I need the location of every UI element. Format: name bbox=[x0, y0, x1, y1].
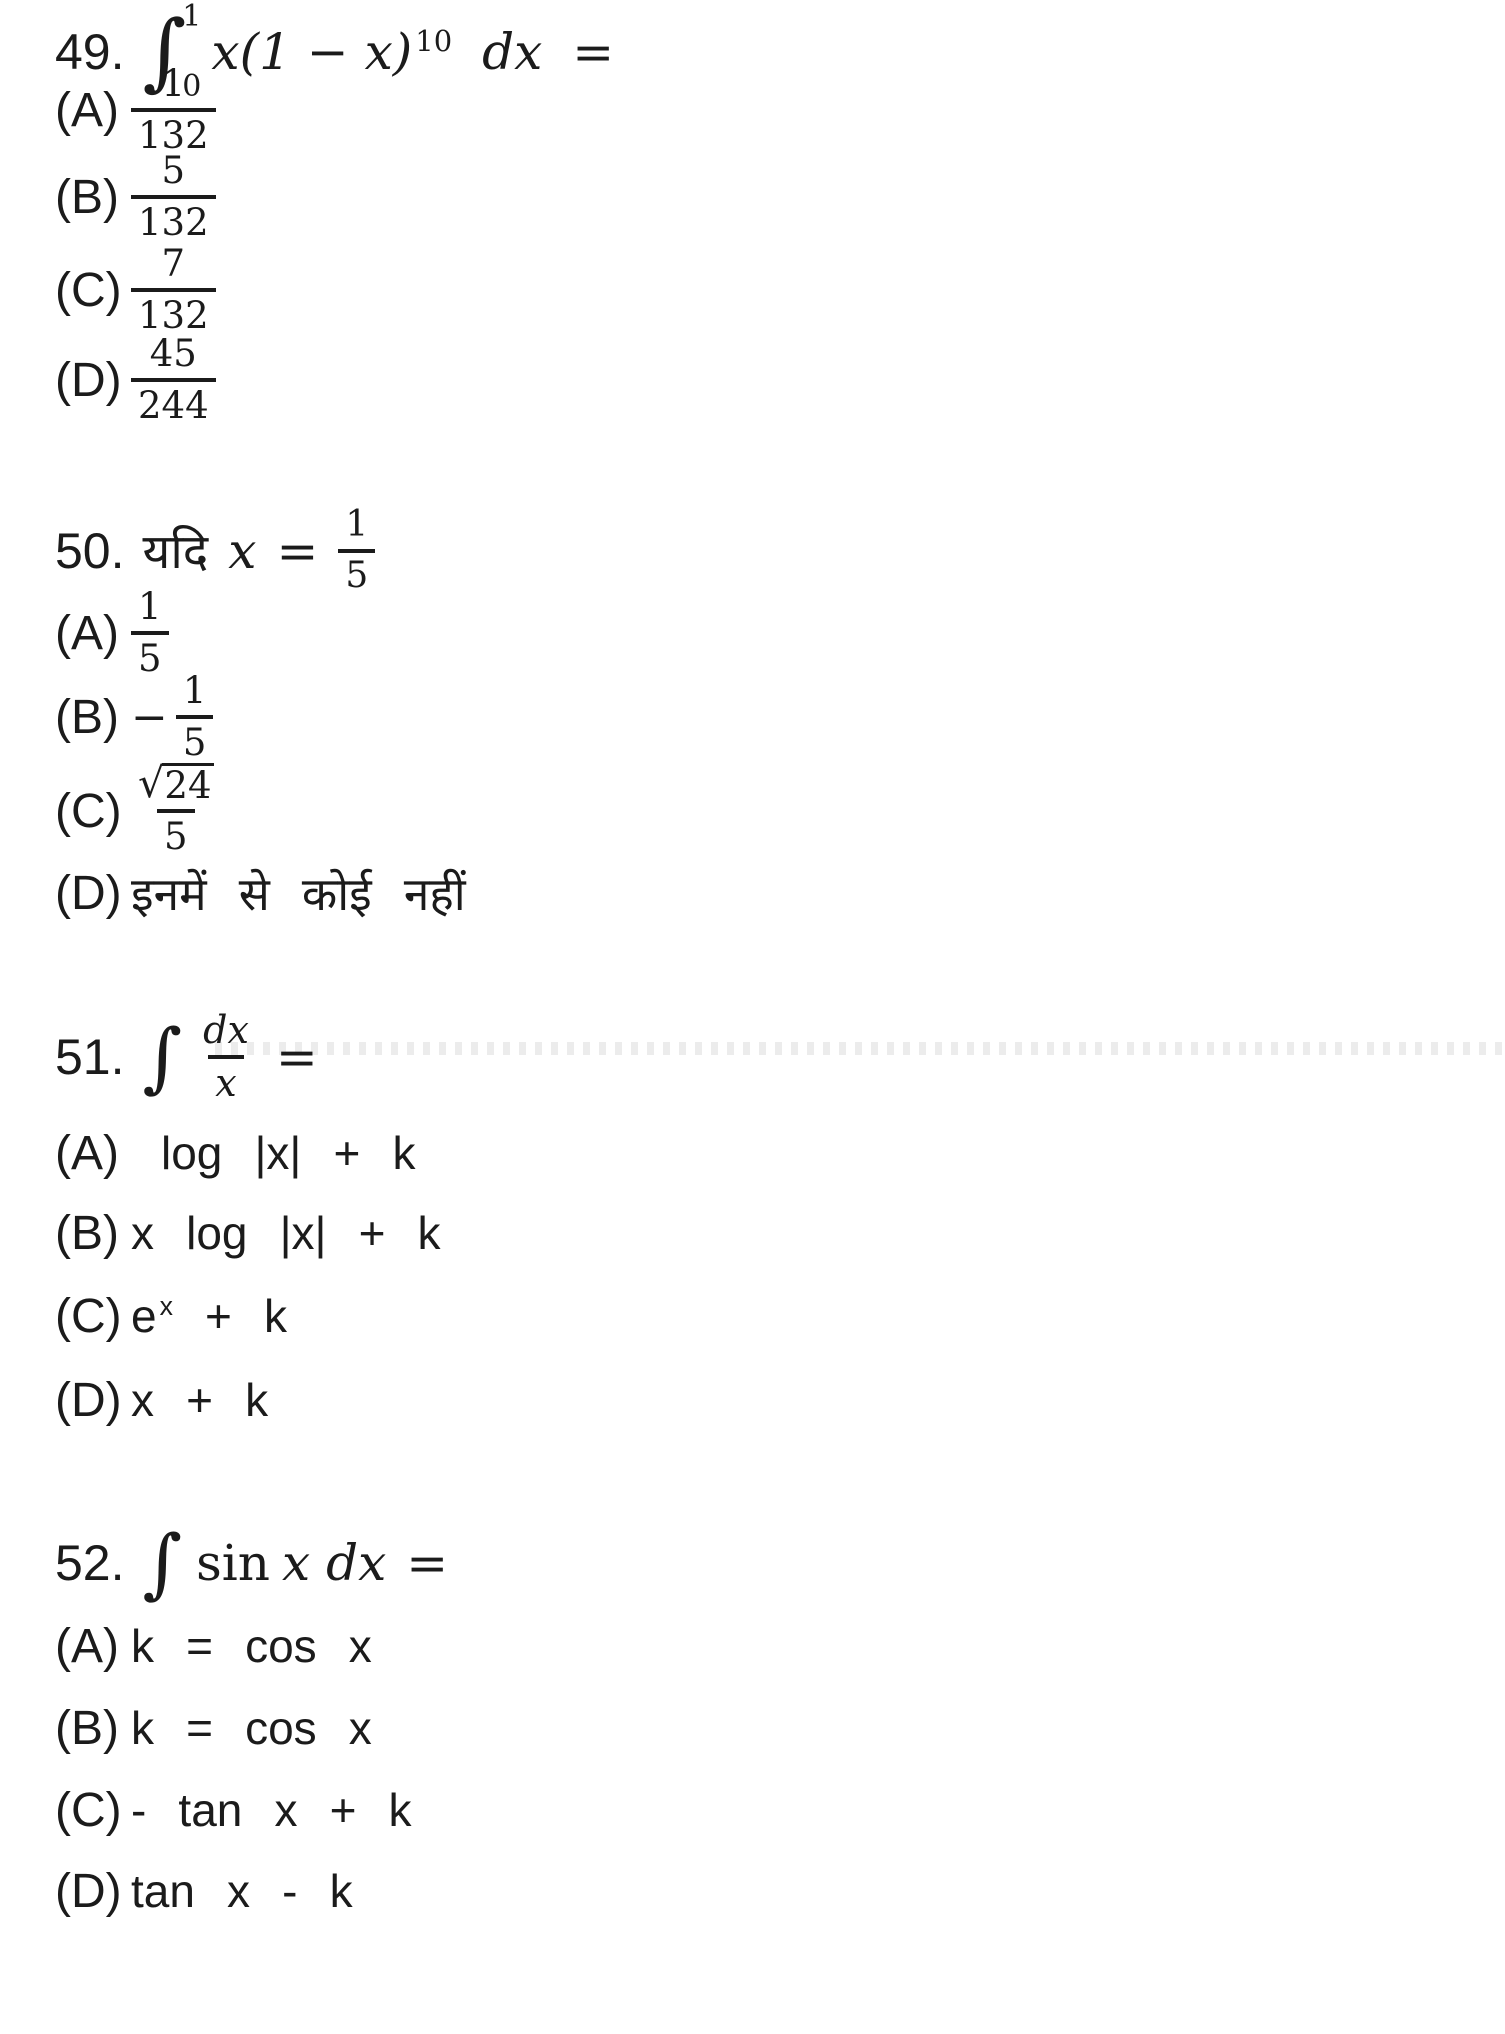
option-row-52a: (A) k = cos x bbox=[55, 1621, 372, 1671]
integral-icon: ∫ bbox=[143, 1023, 183, 1091]
option-row-52c: (C) - tan x + k bbox=[55, 1785, 412, 1835]
option-label: (A) bbox=[55, 1126, 131, 1181]
option-label: (C) bbox=[55, 1289, 131, 1344]
fraction: 5 132 bbox=[131, 149, 216, 244]
option-label: (C) bbox=[55, 263, 131, 318]
fraction-numerator: 1 bbox=[176, 669, 214, 715]
option-label: (A) bbox=[55, 1619, 131, 1674]
fraction-numerator: 1 bbox=[131, 585, 169, 631]
radical-icon: √ bbox=[138, 763, 164, 804]
question-number: 51. bbox=[55, 1028, 125, 1086]
option-label: (B) bbox=[55, 1701, 131, 1756]
option-text: tan x - k bbox=[131, 1864, 353, 1918]
option-row-49c: (C) 7 132 bbox=[55, 248, 216, 332]
option-text: k = cos x bbox=[131, 1619, 372, 1673]
square-root: √24 bbox=[138, 763, 214, 806]
exp-tail: + k bbox=[205, 1290, 287, 1342]
option-text: log |x| + k bbox=[161, 1126, 415, 1180]
question-50-stem: 50. यदि x = 1 5 bbox=[55, 503, 375, 598]
function-argument: x dx bbox=[282, 1534, 386, 1592]
fraction: 1 5 bbox=[338, 504, 375, 597]
option-row-51b: (B) x log |x| + k bbox=[55, 1208, 441, 1258]
equals-sign: = bbox=[276, 1028, 318, 1086]
option-text: k = cos x bbox=[131, 1701, 372, 1755]
option-row-52d: (D) tan x - k bbox=[55, 1866, 353, 1916]
fraction-denominator: 5 bbox=[131, 631, 169, 681]
question-51-stem: 51. ∫ dx x = bbox=[55, 1005, 318, 1109]
option-label: (D) bbox=[55, 866, 131, 921]
option-text: ex + k bbox=[131, 1289, 287, 1343]
option-row-51d: (D) x + k bbox=[55, 1375, 268, 1425]
option-row-51c: (C) ex + k bbox=[55, 1291, 287, 1341]
option-text: x log |x| + k bbox=[131, 1206, 441, 1260]
fraction: dx x bbox=[196, 1008, 256, 1106]
question-number: 50. bbox=[55, 522, 125, 580]
exp-base: e bbox=[131, 1290, 157, 1342]
stem-hindi-text: यदि bbox=[143, 518, 209, 583]
equals-sign: = bbox=[406, 1534, 448, 1592]
option-label: (C) bbox=[55, 784, 131, 839]
question-52-stem: 52. ∫ sin x dx = bbox=[55, 1520, 448, 1606]
question-number: 52. bbox=[55, 1534, 125, 1592]
option-label: (A) bbox=[55, 83, 131, 138]
option-label: (B) bbox=[55, 1206, 131, 1261]
option-text: x + k bbox=[131, 1373, 268, 1427]
option-row-50a: (A) 1 5 bbox=[55, 591, 169, 675]
exam-page: 49. ∫ 1 0 x(1 − x)10 dx = (A) 1 132 (B) … bbox=[0, 0, 1505, 2034]
fraction-denominator: 132 bbox=[131, 195, 216, 245]
option-label: (C) bbox=[55, 1783, 131, 1838]
fraction-numerator: 45 bbox=[143, 332, 204, 378]
fraction-denominator: 5 bbox=[157, 809, 195, 859]
option-row-50d: (D) इनमें से कोई नहीं bbox=[55, 868, 466, 918]
fraction-numerator: 7 bbox=[155, 242, 193, 288]
equals-sign: = bbox=[572, 23, 614, 81]
stem-variable: x bbox=[228, 522, 256, 580]
fraction: 1 132 bbox=[131, 62, 216, 157]
option-label: (D) bbox=[55, 1373, 131, 1428]
stem-expression: x(1 − x)10 dx = bbox=[211, 23, 614, 81]
fraction-denominator: x bbox=[208, 1055, 243, 1106]
exponent: 10 bbox=[415, 24, 452, 58]
function-name: sin bbox=[196, 1534, 270, 1592]
fraction-numerator: dx bbox=[196, 1008, 256, 1055]
fraction: 1 5 bbox=[176, 669, 214, 764]
fraction-denominator: 244 bbox=[131, 378, 216, 428]
fraction-denominator: 5 bbox=[176, 715, 214, 765]
option-row-49a: (A) 1 132 bbox=[55, 68, 216, 152]
option-text: - tan x + k bbox=[131, 1783, 412, 1837]
fraction-numerator: 5 bbox=[155, 149, 193, 195]
fraction-denominator: 5 bbox=[338, 549, 375, 597]
fraction-numerator: 1 bbox=[155, 62, 193, 108]
integral-upper-limit: 1 bbox=[182, 2, 201, 32]
option-row-51a: (A) log |x| + k bbox=[55, 1128, 415, 1178]
fraction: √24 5 bbox=[131, 763, 221, 858]
option-label: (D) bbox=[55, 353, 131, 408]
radicand: 24 bbox=[162, 763, 213, 806]
option-row-49b: (B) 5 132 bbox=[55, 155, 216, 239]
fraction: 1 5 bbox=[131, 585, 169, 680]
option-row-50c: (C) √24 5 bbox=[55, 766, 221, 856]
option-text: इनमें से कोई नहीं bbox=[131, 862, 466, 924]
exponent: x bbox=[160, 1291, 173, 1321]
fraction: 7 132 bbox=[131, 242, 216, 337]
equals-sign: = bbox=[276, 522, 318, 580]
fraction-numerator: √24 bbox=[131, 763, 221, 809]
option-label: (A) bbox=[55, 606, 131, 661]
option-row-49d: (D) 45 244 bbox=[55, 338, 216, 422]
expression-body: x(1 − x) bbox=[211, 23, 412, 81]
differential: dx bbox=[482, 23, 542, 81]
option-row-52b: (B) k = cos x bbox=[55, 1703, 372, 1753]
option-label: (B) bbox=[55, 690, 131, 745]
minus-sign: − bbox=[131, 692, 168, 743]
option-row-50b: (B) − 1 5 bbox=[55, 675, 213, 759]
fraction-numerator: 1 bbox=[338, 504, 375, 548]
fraction-denominator: 132 bbox=[131, 288, 216, 338]
dotted-separator-line bbox=[215, 1042, 1505, 1055]
fraction: 45 244 bbox=[131, 332, 216, 427]
integral-icon: ∫ bbox=[143, 1529, 183, 1597]
option-label: (B) bbox=[55, 170, 131, 225]
option-label: (D) bbox=[55, 1864, 131, 1919]
